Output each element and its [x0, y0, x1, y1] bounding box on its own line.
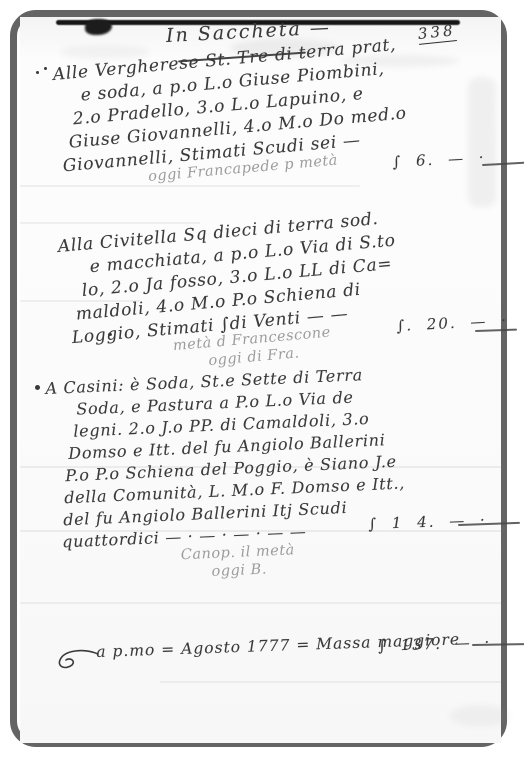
ledger-entry-civitella: Alla Civitella Sq dieci di terra sod. e … [57, 207, 405, 383]
scan-streak [20, 222, 200, 224]
scan-streak [160, 681, 501, 683]
flourish-mark [56, 646, 100, 672]
ink-smudge [468, 77, 496, 207]
leader-dash [472, 643, 524, 646]
leader-dash [475, 329, 517, 332]
ink-smudge [450, 705, 510, 727]
scan-streak [20, 602, 501, 604]
ledger-entry-casini: A Casini: è Soda, St.e Sette di Terra So… [45, 363, 409, 588]
ink-blob [85, 19, 112, 35]
paper: In Saccheta — 338 Alle Vergherese St. Tr… [20, 17, 501, 743]
scanned-manuscript-page: In Saccheta — 338 Alle Vergherese St. Tr… [0, 0, 524, 760]
page-number: 338 [417, 21, 457, 45]
ink-dot [36, 71, 39, 74]
ink-dot [44, 67, 47, 70]
ink-dot [35, 385, 40, 390]
